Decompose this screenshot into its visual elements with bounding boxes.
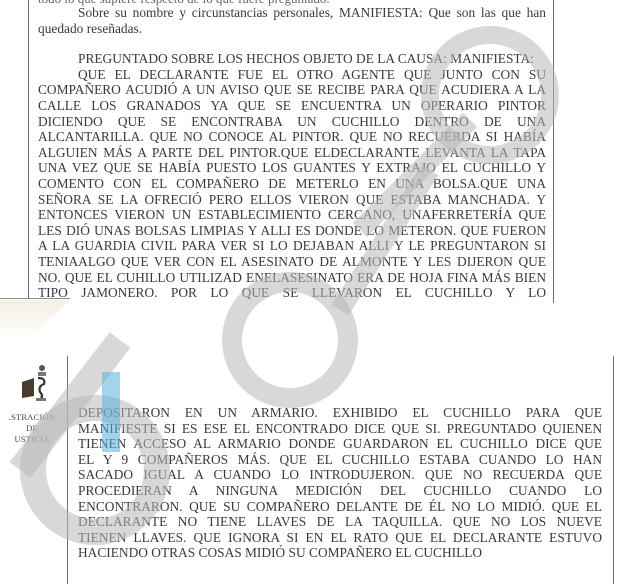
text-line: CALLE LOS GRANADOS YA QUE SE ENCUENTRA U… (38, 98, 546, 114)
text-line: TENIAALGO QUE VER CON EL ASESINATO DE AL… (38, 254, 546, 270)
text-line: NO. QUE EL CUHILLO UTILIZAD ENELASESINAT… (38, 270, 546, 286)
text-line: UNA VEZ QUE SE HABÍA PUESTO LOS GUANTES … (38, 160, 546, 176)
page2-left-border (67, 356, 68, 584)
coat-of-arms-icon (18, 364, 54, 404)
text-line: SACADO IGUAL A CUANDO LO INTRODUJERON. Q… (78, 467, 602, 483)
label-line-1: .STRACIÓN (0, 412, 64, 423)
page2-body: DEPOSITARON EN UN ARMARIO. EXHIBIDO EL C… (78, 405, 602, 561)
page-fold-shadow (0, 300, 70, 340)
text-line: ENCONTRARON. QUE SU COMPAÑERO DELANTE DE… (78, 499, 602, 515)
text-line: ALGUIEN MÁS A PARTE DEL PINTOR.QUE ELDEC… (38, 145, 546, 161)
text-line: MANIFIESTE SI ES ESE EL ENCONTRADO DICE … (78, 421, 602, 437)
text-line: SEÑORA SE LA OFRECIÓ PERO ELLOS VIERON Q… (38, 192, 546, 208)
page1-right-border (553, 0, 554, 303)
page1-left-border (28, 0, 29, 298)
text-line: TIPO JAMONERO. POR LO QUE SE LLEVARON EL… (38, 285, 546, 301)
text-line: A LA GUARDIA CIVIL PARA VER SI LO DEJABA… (38, 238, 546, 254)
label-line-3: USTICIA (0, 434, 64, 445)
text-line: LES DIÓ UNAS BOLSAS LIMPIAS Y ALLI ES DO… (38, 223, 546, 239)
intro-line-2: quedado reseñadas. (38, 21, 546, 37)
text-line: ENTONCES VIERON UN ESTABLECIMIENTO CERCA… (38, 207, 546, 223)
page1-body: Sobre su nombre y circunstancias persona… (38, 5, 546, 301)
scanned-document: todo lo que supiere respecto de lo que f… (0, 0, 620, 584)
intro-line-1: Sobre su nombre y circunstancias persona… (38, 5, 546, 21)
text-line: ALCANTARILLA. QUE NO CONOCE AL PINTOR. Q… (38, 129, 546, 145)
text-line: DEPOSITARON EN UN ARMARIO. EXHIBIDO EL C… (78, 405, 602, 421)
text-line: HACIENDO OTRAS COSAS MIDIÓ SU COMPAÑERO … (78, 545, 602, 561)
label-line-2: DE (0, 423, 64, 434)
administration-of-justice-label: .STRACIÓN DE USTICIA (0, 412, 64, 445)
text-line: TIENEN ACCESO AL ARMARIO DONDE GUARDARON… (78, 436, 602, 452)
section-heading: PREGUNTADO SOBRE LOS HECHOS OBJETO DE LA… (38, 51, 546, 67)
text-line: COMPAÑERO ACUDIÓ A UN AVISO QUE SE RECIB… (38, 82, 546, 98)
text-line: EL Y 9 COMPAÑEROS MÁS. QUE EL CUCHILLO E… (78, 452, 602, 468)
text-line: PROCEDIERAN A NINGUNA MEDICIÓN DEL CUCHI… (78, 483, 602, 499)
text-line: DICIENDO QUE SE ENCONTRABA UN CUCHILLO D… (38, 114, 546, 130)
text-line: TIENEN LLAVES. QUE IGNORA SI EN EL RATO … (78, 530, 602, 546)
page2-right-border (613, 356, 614, 584)
text-line: COMENTO CON EL COMPAÑERO DE METERLO EN U… (38, 176, 546, 192)
text-line: QUE EL DECLARANTE FUE EL OTRO AGENTE QUE… (38, 67, 546, 83)
text-line: DECLARANTE NO TIENE LLAVES DE LA TAQUILL… (78, 514, 602, 530)
